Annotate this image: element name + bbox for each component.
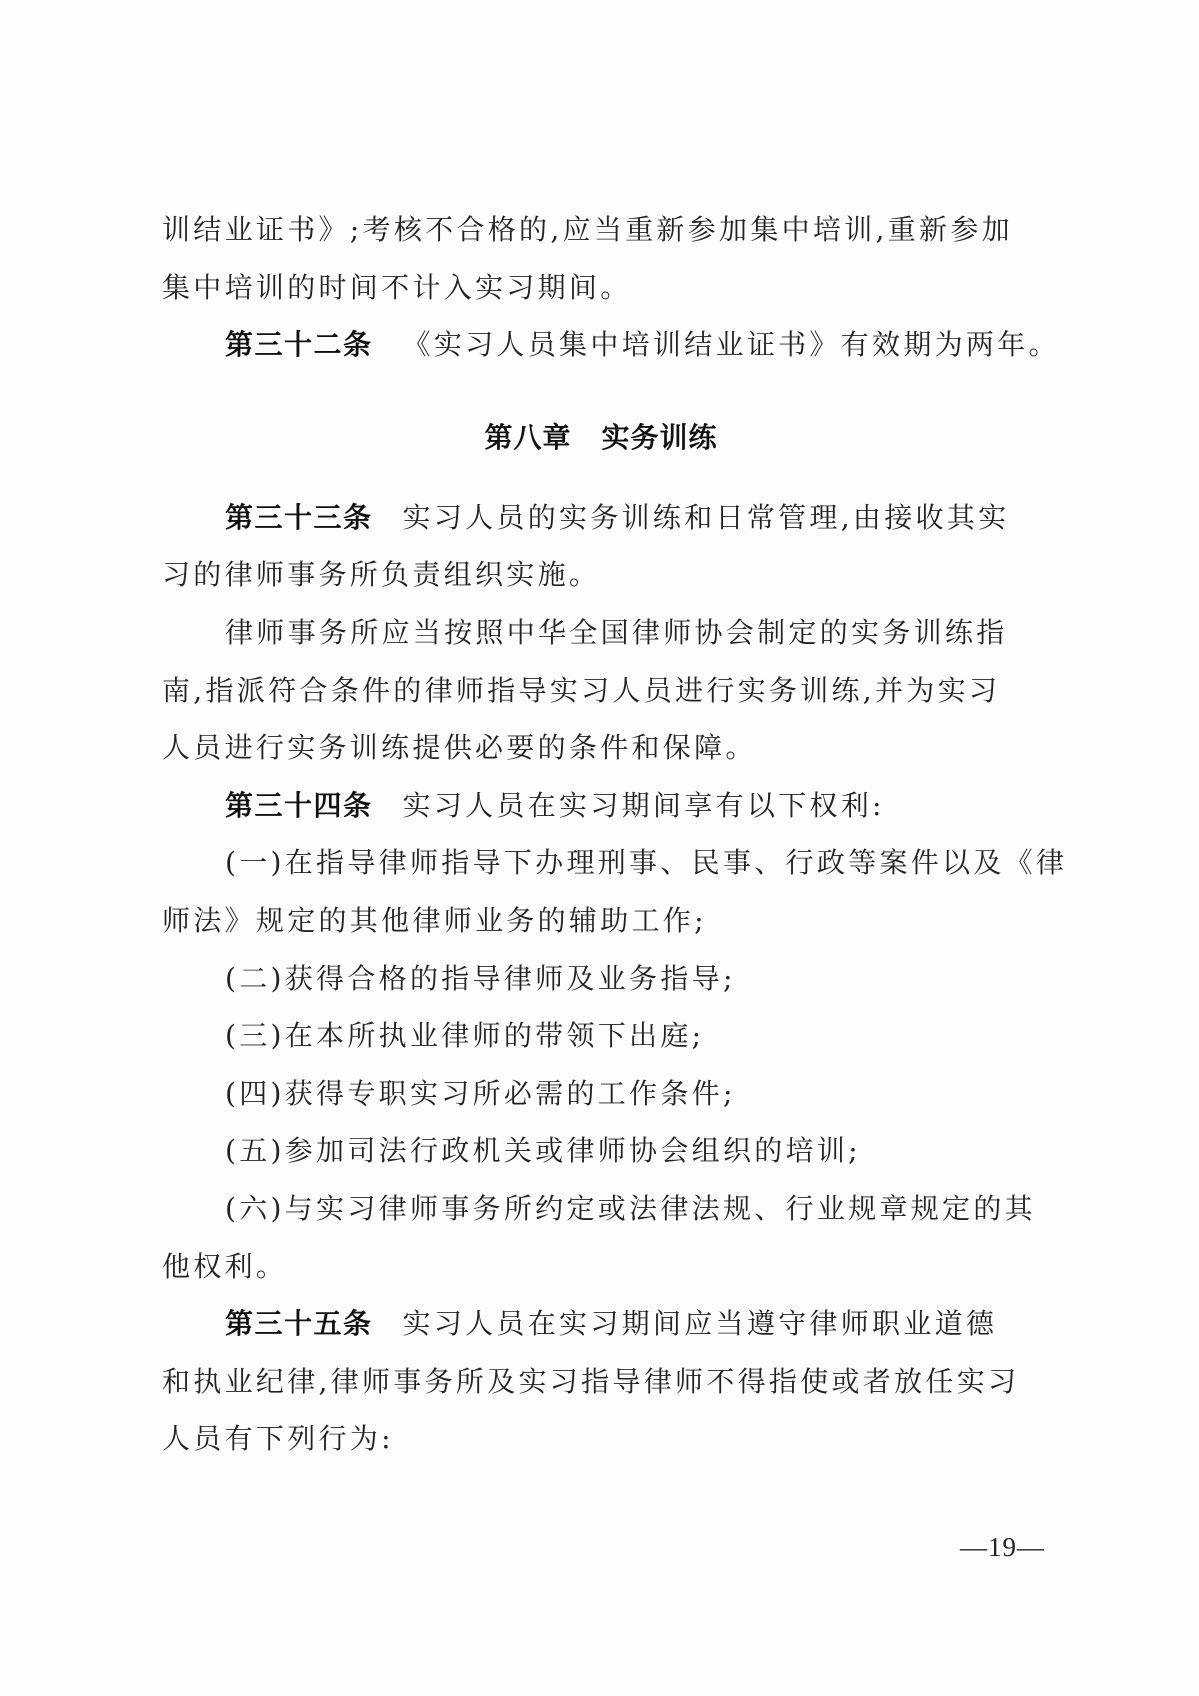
text-line: 习的律师事务所负责组织实施。	[162, 552, 1040, 610]
list-item: (一)在指导律师指导下办理刑事、民事、行政等案件以及《律	[162, 840, 1040, 898]
chapter-number: 第八章	[484, 421, 571, 454]
article-text: 实习人员的实务训练和日常管理,由接收其实	[403, 501, 1010, 534]
article-number: 第三十二条	[225, 328, 373, 361]
article-text: 实习人员在实习期间应当遵守律师职业道德	[403, 1307, 998, 1340]
list-item-continuation: 师法》规定的其他律师业务的辅助工作;	[162, 898, 1040, 956]
article-35: 第三十五条实习人员在实习期间应当遵守律师职业道德	[162, 1301, 1040, 1359]
list-item: (六)与实习律师事务所约定或法律法规、行业规章规定的其	[162, 1186, 1040, 1244]
text-line: 南,指派符合条件的律师指导实习人员进行实务训练,并为实习	[162, 668, 1040, 726]
list-item: (四)获得专职实习所必需的工作条件;	[162, 1071, 1040, 1129]
list-item: (五)参加司法行政机关或律师协会组织的培训;	[162, 1128, 1040, 1186]
article-number: 第三十五条	[225, 1307, 373, 1340]
page-number: —19—	[960, 1532, 1040, 1563]
list-item-continuation: 他权利。	[162, 1244, 1040, 1302]
chapter-heading: 第八章实务训练	[162, 380, 1040, 495]
body-text: 训结业证书》;考核不合格的,应当重新参加集中培训,重新参加 集中培训的时间不计入…	[162, 207, 1040, 1474]
article-number: 第三十四条	[225, 789, 373, 822]
text-line: 人员有下列行为:	[162, 1416, 1040, 1474]
text-line: 集中培训的时间不计入实习期间。	[162, 265, 1040, 323]
text-line: 训结业证书》;考核不合格的,应当重新参加集中培训,重新参加	[162, 207, 1040, 265]
article-text: 实习人员在实习期间享有以下权利:	[403, 789, 885, 822]
text-line: 律师事务所应当按照中华全国律师协会制定的实务训练指	[162, 610, 1040, 668]
list-item: (二)获得合格的指导律师及业务指导;	[162, 956, 1040, 1014]
article-34: 第三十四条实习人员在实习期间享有以下权利:	[162, 783, 1040, 841]
chapter-title: 实务训练	[602, 421, 718, 454]
article-32: 第三十二条《实习人员集中培训结业证书》有效期为两年。	[162, 322, 1040, 380]
text-line: 和执业纪律,律师事务所及实习指导律师不得指使或者放任实习	[162, 1359, 1040, 1417]
article-number: 第三十三条	[225, 501, 373, 534]
article-text: 《实习人员集中培训结业证书》有效期为两年。	[403, 328, 1060, 361]
article-33: 第三十三条实习人员的实务训练和日常管理,由接收其实	[162, 495, 1040, 553]
list-item: (三)在本所执业律师的带领下出庭;	[162, 1013, 1040, 1071]
text-line: 人员进行实务训练提供必要的条件和保障。	[162, 725, 1040, 783]
document-page: 训结业证书》;考核不合格的,应当重新参加集中培训,重新参加 集中培训的时间不计入…	[0, 0, 1199, 1696]
